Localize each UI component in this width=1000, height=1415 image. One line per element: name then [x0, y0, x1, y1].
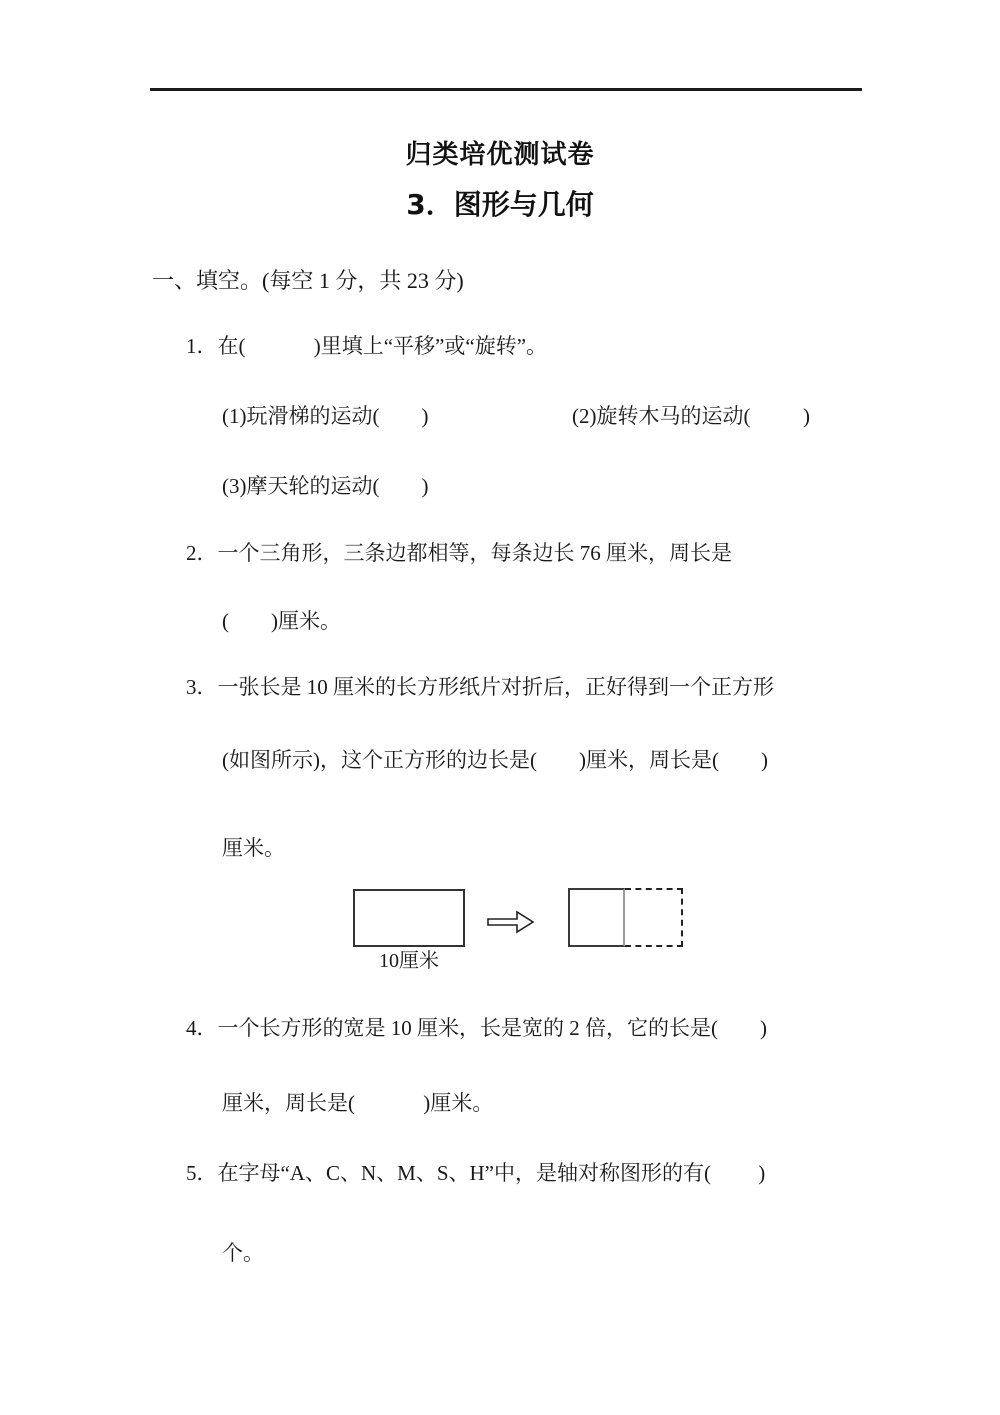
question-1-sub-1: (1)玩滑梯的运动( ): [222, 403, 428, 430]
question-3-line-1: 3．一张长是 10 厘米的长方形纸片对折后，正好得到一个正方形: [186, 674, 774, 701]
question-1-sub-2: (2)旋转木马的运动( ): [572, 403, 810, 430]
question-2-line-2: ( )厘米。: [222, 608, 341, 635]
worksheet-subtitle: 3．图形与几何: [0, 188, 1000, 222]
question-5-line-2: 个。: [222, 1240, 264, 1267]
section-one-heading: 一、填空。(每空 1 分，共 23 分): [152, 266, 464, 295]
square-dashed-figure: [625, 888, 683, 947]
question-4-line-2: 厘米，周长是( )厘米。: [222, 1090, 493, 1117]
fold-arrow-icon: [486, 908, 536, 936]
rectangle-width-label: 10厘米: [353, 948, 465, 974]
question-3-line-3: 厘米。: [222, 835, 285, 862]
question-2-line-1: 2．一个三角形，三条边都相等，每条边长 76 厘米，周长是: [186, 540, 732, 567]
worksheet-title: 归类培优测试卷: [0, 139, 1000, 171]
square-solid-figure: [568, 888, 625, 947]
question-1-line-1: 1．在( )里填上“平移”或“旋转”。: [186, 333, 547, 360]
question-4-line-1: 4．一个长方形的宽是 10 厘米，长是宽的 2 倍，它的长是( ): [186, 1015, 767, 1042]
header-rule: [150, 88, 862, 91]
question-5-line-1: 5．在字母“A、C、N、M、S、H”中，是轴对称图形的有( ): [186, 1160, 765, 1187]
question-1-sub-3: (3)摩天轮的运动( ): [222, 473, 428, 500]
worksheet-page: 归类培优测试卷 3．图形与几何 一、填空。(每空 1 分，共 23 分) 1．在…: [0, 0, 1000, 1415]
rectangle-figure: [353, 889, 465, 947]
question-3-line-2: (如图所示)，这个正方形的边长是( )厘米，周长是( ): [222, 747, 768, 774]
